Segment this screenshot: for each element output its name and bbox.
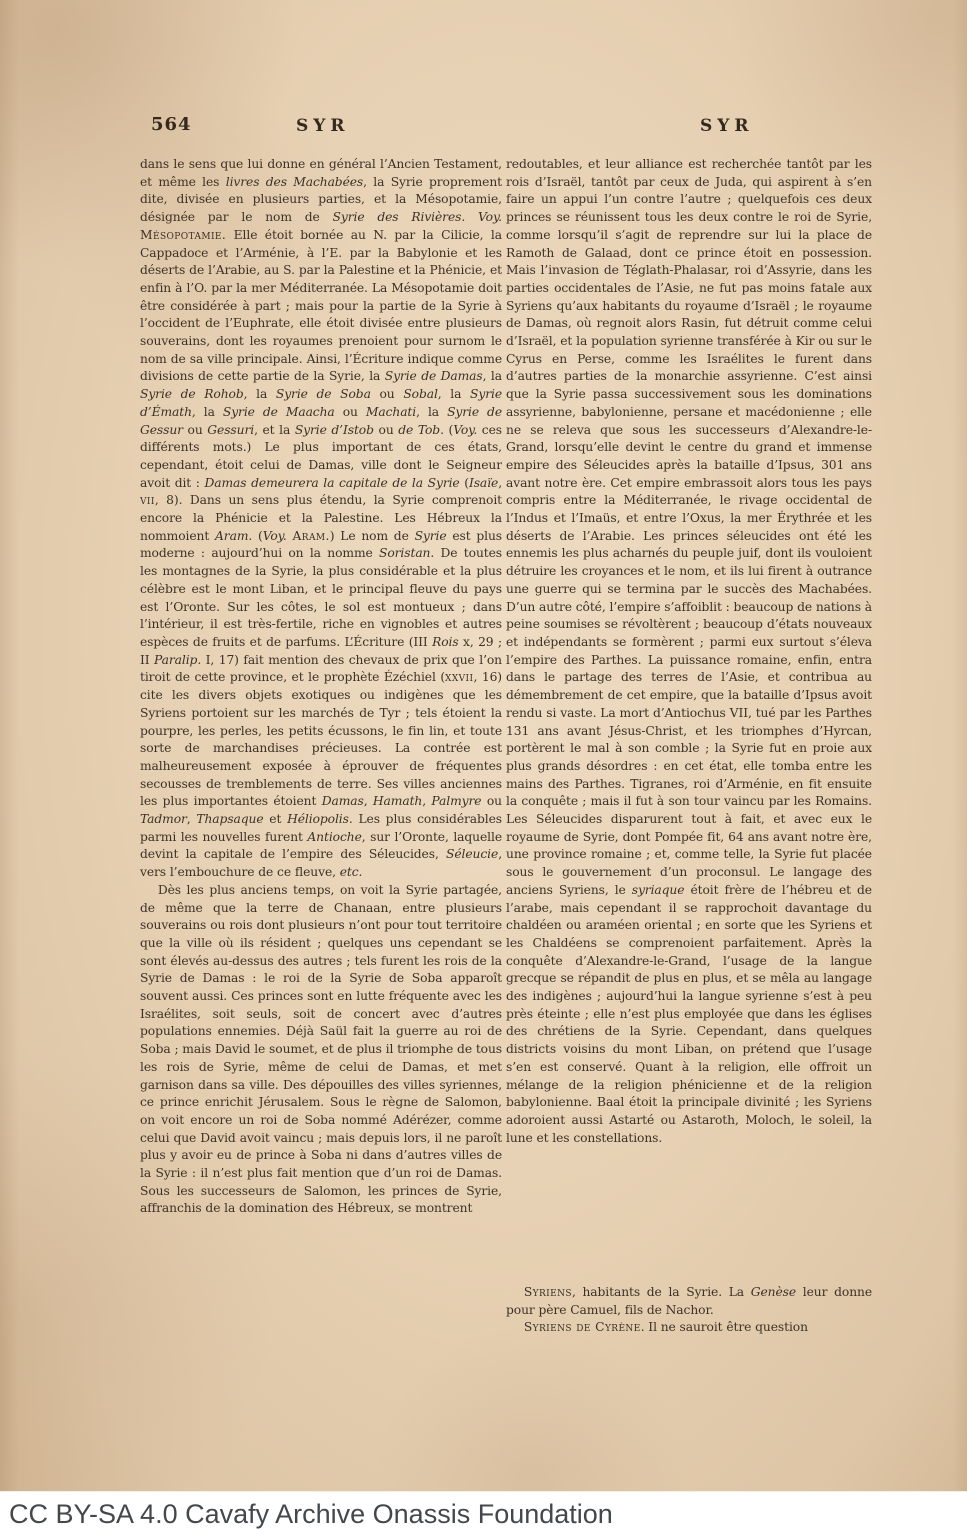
text-column-right-flow: redoutables, et leur alliance est recher… (506, 156, 872, 1284)
running-head-right: SYR (700, 116, 754, 136)
text-column-right: redoutables, et leur alliance est recher… (506, 156, 872, 1360)
paragraph-syrie-continuation-2: redoutables, et leur alliance est recher… (506, 156, 872, 1147)
entry-syriens: Syriens, habitants de la Syrie. La Genès… (506, 1284, 872, 1319)
license-text: CC BY-SA 4.0 Cavafy Archive Onassis Foun… (0, 1492, 967, 1537)
entry-syriens-de-cyrene: Syriens de Cyrène. Il ne sauroit être qu… (506, 1319, 872, 1337)
dictionary-entries: Syriens, habitants de la Syrie. La Genès… (506, 1284, 872, 1337)
paragraph-syrie-continuation: dans le sens que lui donne en général l’… (140, 156, 502, 882)
license-bar: CC BY-SA 4.0 Cavafy Archive Onassis Foun… (0, 1491, 967, 1538)
text-column-left: dans le sens que lui donne en général l’… (140, 156, 502, 1324)
paragraph-syrie-history: Dès les plus anciens temps, on voit la S… (140, 882, 502, 1218)
page-number: 564 (151, 114, 192, 135)
running-head-left: SYR (296, 116, 350, 136)
scanned-book-page: 564 SYR SYR dans le sens que lui donne e… (0, 0, 967, 1538)
